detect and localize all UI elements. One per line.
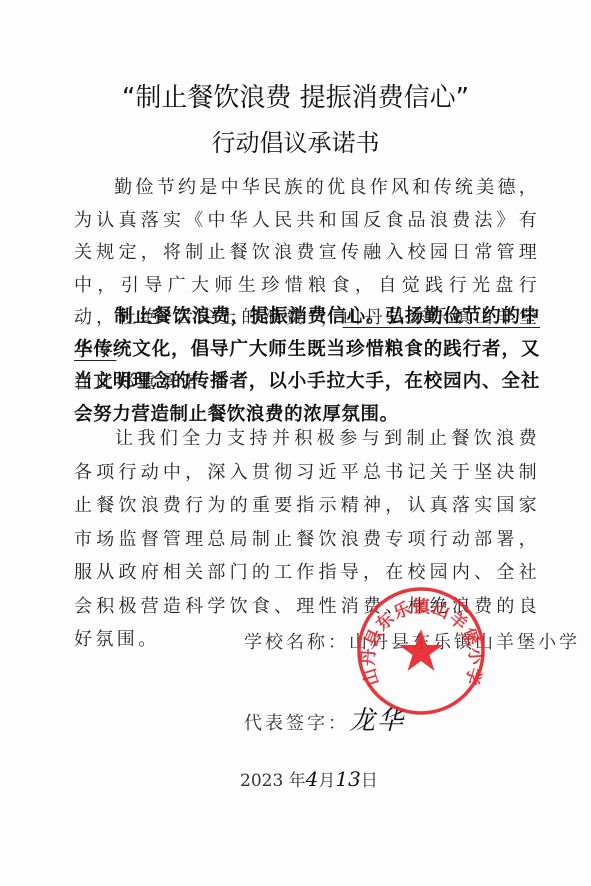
date-line: 2023 年4月13日 — [240, 766, 378, 791]
star-icon — [399, 629, 443, 671]
date-month-unit: 月 — [318, 771, 335, 791]
date-year: 2023 — [240, 771, 283, 791]
paragraph-pledge: 制止餐饮浪费，提振消费信心。弘扬勤俭节约的中华传统文化，倡导广大师生既当珍惜粮食… — [74, 301, 540, 431]
official-seal: 山丹县东乐镇山羊堡小学 — [355, 585, 487, 717]
school-label: 学校名称： — [244, 632, 349, 653]
document-page: “制止餐饮浪费 提振消费信心” 行动倡议承诺书 勤俭节约是中华民族的优良作风和传… — [0, 0, 591, 886]
rep-label: 代表签字： — [244, 713, 349, 734]
date-day-unit: 日 — [361, 771, 378, 791]
date-month: 4 — [306, 767, 319, 791]
date-year-unit: 年 — [289, 771, 306, 791]
date-day: 13 — [335, 767, 360, 791]
document-subtitle: 行动倡议承诺书 — [0, 126, 591, 160]
document-title: “制止餐饮浪费 提振消费信心” — [0, 80, 591, 116]
pledge-text: 制止餐饮浪费，提振消费信心。弘扬勤俭节约的中华传统文化，倡导广大师生既当珍惜粮食… — [74, 306, 540, 425]
